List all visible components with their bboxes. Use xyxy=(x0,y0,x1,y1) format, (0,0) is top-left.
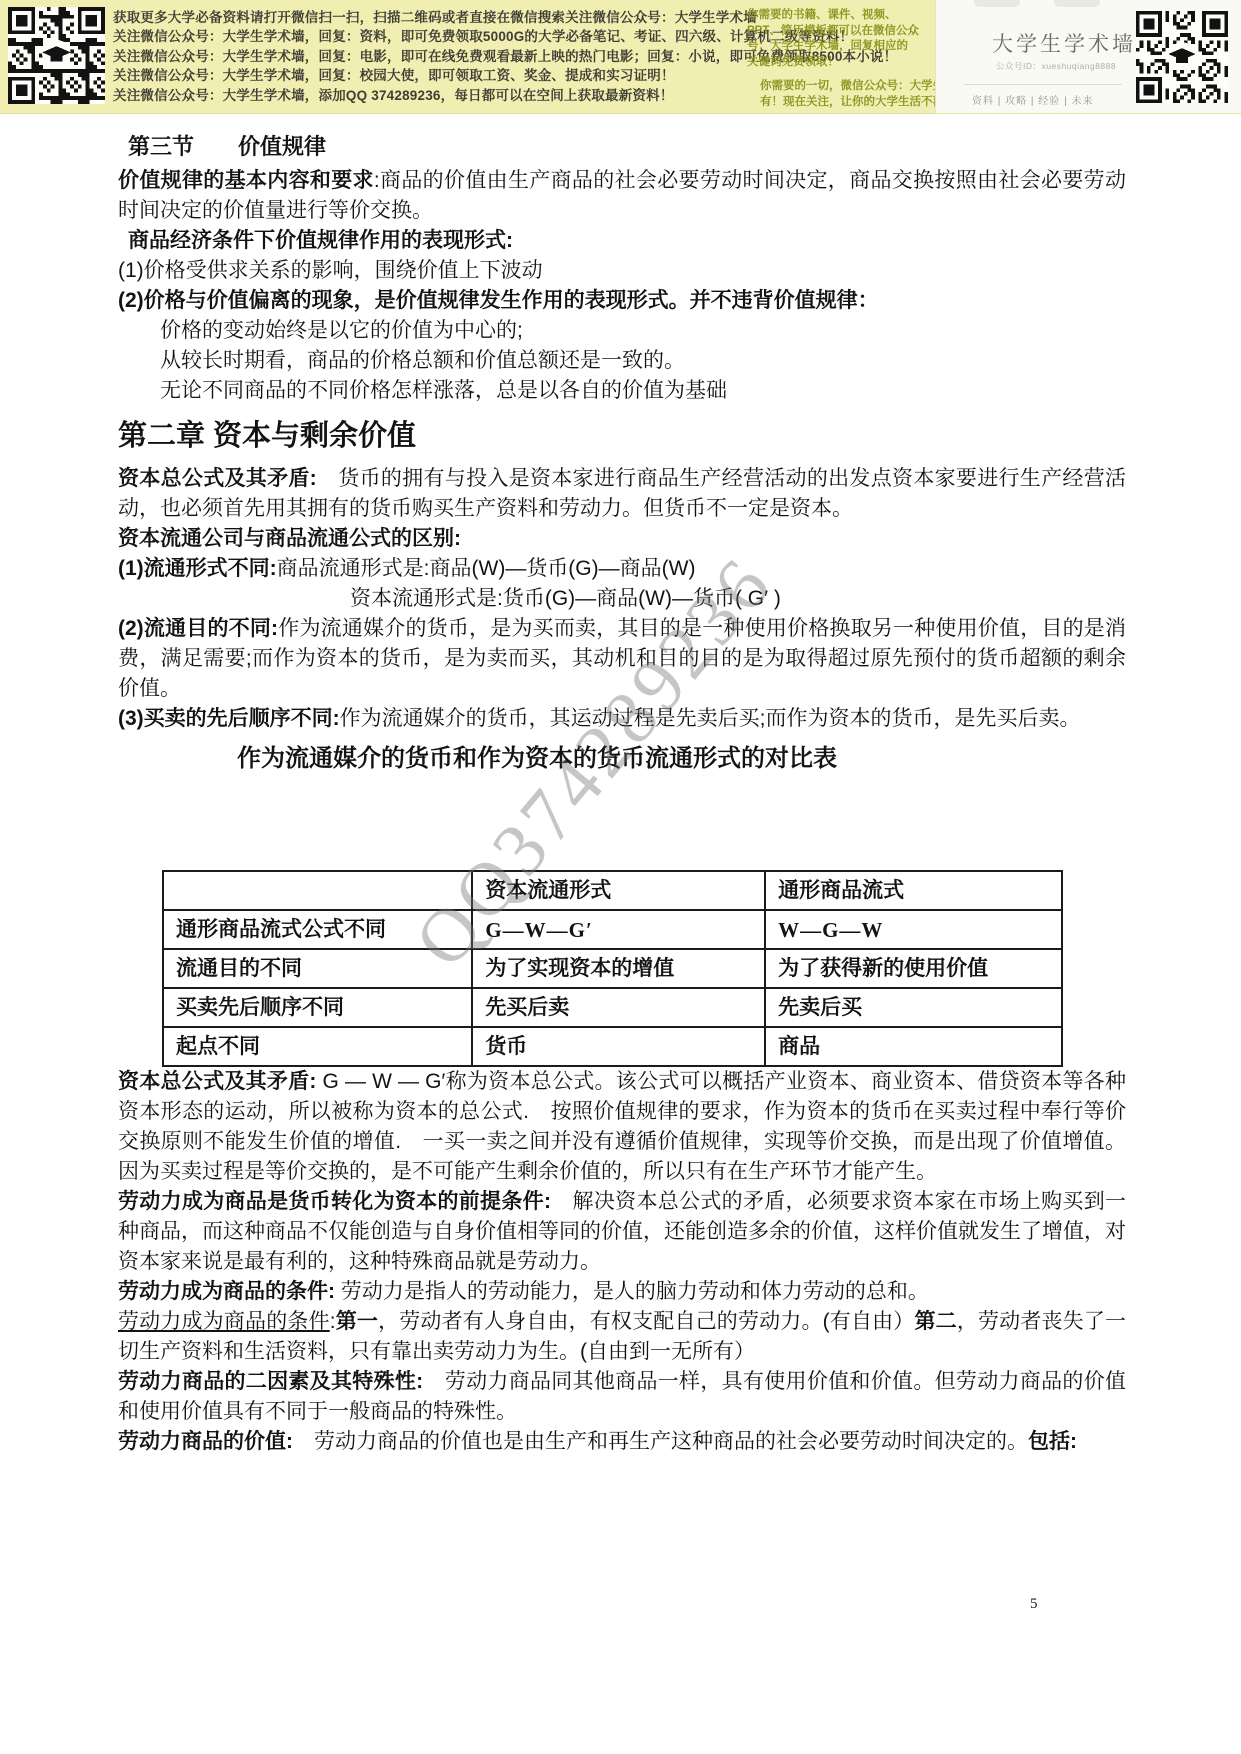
banner-text-block: 获取更多大学必备资料请打开微信扫一扫，扫描二维码或者直接在微信搜索关注微信公众号… xyxy=(113,8,758,105)
table-cell: 买卖先后顺序不同 xyxy=(163,988,472,1027)
card-tab xyxy=(974,0,1020,7)
doc-paragraph: 资本流通公司与商品流通公式的区别: xyxy=(118,524,1126,554)
text-run: 作为流通媒介的货币和作为资本的货币流通形式的对比表 xyxy=(237,745,837,772)
text-run: (1)流通形式不同: xyxy=(118,557,277,580)
table-row: 起点不同货币商品 xyxy=(163,1027,1062,1066)
text-run: 资本流通公司与商品流通公式的区别: xyxy=(118,527,461,550)
text-run: 商品经济条件下价值规律作用的表现形式: xyxy=(128,229,513,252)
text-run: 资本总公式及其矛盾: xyxy=(118,467,317,490)
qr-code-icon xyxy=(1136,11,1228,103)
doc-paragraph: 资本流通形式是:货币(G)—商品(W)—货币( G′ ) xyxy=(118,584,1126,614)
text-run: (3)买卖的先后顺序不同: xyxy=(118,707,340,730)
table-cell: 先卖后买 xyxy=(765,988,1062,1027)
banner-line: 关注微信公众号：大学生学术墙，回复：校园大使，即可领取工资、奖金、提成和实习证明… xyxy=(113,66,758,85)
banner-middle-note: 你需要的书籍、课件、视频、PPT、简历模板都可以在微信公众号：大学生学术墙，回复… xyxy=(747,8,919,70)
text-run: 价值规律的基本内容和要求 xyxy=(118,169,374,192)
text-run: 第三节 价值规律 xyxy=(128,134,326,159)
text-run: 第一 xyxy=(336,1310,379,1333)
text-run: 资本总公式及其矛盾: xyxy=(118,1070,316,1093)
text-run: (2)价格与价值偏离的现象，是价值规律发生作用的表现形式。并不违背价值规律： xyxy=(118,289,879,312)
doc-paragraph: 商品经济条件下价值规律作用的表现形式: xyxy=(118,226,1126,256)
doc-paragraph: (1)价格受供求关系的影响，围绕价值上下波动 xyxy=(118,256,1126,286)
doc-paragraph: 劳动力商品的二因素及其特殊性: 劳动力商品同其他商品一样，具有使用价值和价值。但… xyxy=(118,1367,1126,1427)
doc-paragraph: (2)价格与价值偏离的现象，是价值规律发生作用的表现形式。并不违背价值规律： xyxy=(118,286,1126,316)
doc-paragraph: 价值规律的基本内容和要求:商品的价值由生产商品的社会必要劳动时间决定，商品交换按… xyxy=(118,166,1126,226)
table-caption: 作为流通媒介的货币和作为资本的货币流通形式的对比表 xyxy=(118,744,1126,774)
text-run: (1)价格受供求关系的影响，围绕价值上下波动 xyxy=(118,259,543,282)
text-run: 包括: xyxy=(1028,1430,1077,1453)
doc-paragraph: 资本总公式及其矛盾: G — W — G′称为资本总公式。该公式可以概括产业资本… xyxy=(118,1067,1126,1187)
text-run: 劳动力成为商品的条件 xyxy=(118,1310,330,1333)
section-heading: 第三节 价值规律 xyxy=(118,131,1126,163)
table-row: 买卖先后顺序不同先买后卖先卖后买 xyxy=(163,988,1062,1027)
doc-paragraph: 劳动力成为商品是货币转化为资本的前提条件: 解决资本总公式的矛盾，必须要求资本家… xyxy=(118,1187,1126,1277)
table-row: 流通目的不同为了实现资本的增值为了获得新的使用价值 xyxy=(163,949,1062,988)
doc-paragraph: (3)买卖的先后顺序不同:作为流通媒介的货币，其运动过程是先卖后买;而作为资本的… xyxy=(118,704,1126,734)
promo-banner: 获取更多大学必备资料请打开微信扫一扫，扫描二维码或者直接在微信搜索关注微信公众号… xyxy=(0,0,1241,114)
text-run: 商品流通形式是:商品(W)—货币(G)—商品(W) xyxy=(277,557,696,580)
table-cell: 先买后卖 xyxy=(472,988,765,1027)
card-tab xyxy=(1054,0,1100,7)
account-title: 大学生学术墙 xyxy=(992,28,1136,58)
table-header-cell xyxy=(163,871,472,910)
doc-paragraph: 劳动力成为商品的条件:第一，劳动者有人身自由，有权支配自己的劳动力。(有自由）第… xyxy=(118,1307,1126,1367)
table-cell: 流通目的不同 xyxy=(163,949,472,988)
text-run: 劳动力商品的价值: xyxy=(118,1430,293,1453)
table-row: 通形商品流式公式不同G—W—G′W—G—W xyxy=(163,910,1062,949)
divider xyxy=(964,84,1122,85)
account-tags: 资料 | 攻略 | 经验 | 未来 xyxy=(972,92,1093,107)
text-run: ，劳动者有人身自由，有权支配自己的劳动力。(有自由） xyxy=(378,1310,914,1333)
text-run: 无论不同商品的不同价格怎样涨落，总是以各自的价值为基础 xyxy=(160,379,727,402)
text-run: (2)流通目的不同: xyxy=(118,617,278,640)
qr-code-icon xyxy=(8,7,105,104)
chapter-heading: 第二章 资本与剩余价值 xyxy=(118,416,1126,456)
text-run: 从较长时期看，商品的价格总额和价值总额还是一致的。 xyxy=(160,349,685,372)
page-number: 5 xyxy=(1030,1596,1038,1613)
doc-paragraph: 无论不同商品的不同价格怎样涨落，总是以各自的价值为基础 xyxy=(118,376,1126,406)
text-run: 作为流通媒介的货币，其运动过程是先卖后买;而作为资本的货币，是先买后卖。 xyxy=(340,707,1081,730)
banner-line: 关注微信公众号：大学生学术墙，回复：电影，即可在线免费观看最新上映的热门电影；回… xyxy=(113,47,758,66)
table-cell: 为了实现资本的增值 xyxy=(472,949,765,988)
doc-paragraph: (1)流通形式不同:商品流通形式是:商品(W)—货币(G)—商品(W) xyxy=(118,554,1126,584)
table-cell: 商品 xyxy=(765,1027,1062,1066)
text-run: 劳动力商品的二因素及其特殊性: xyxy=(118,1370,423,1393)
table-header-cell: 资本流通形式 xyxy=(472,871,765,910)
table-cell: W—G—W xyxy=(765,910,1062,949)
wechat-account-card: 大学生学术墙 公众号ID：xueshuqiang8888 资料 | 攻略 | 经… xyxy=(936,0,1241,113)
table-cell: G—W—G′ xyxy=(472,910,765,949)
text-run: 劳动力成为商品是货币转化为资本的前提条件: xyxy=(118,1190,551,1213)
text-run: 价格的变动始终是以它的价值为中心的; xyxy=(160,319,523,342)
qr-code-left-icon xyxy=(8,7,105,104)
table-cell: 货币 xyxy=(472,1027,765,1066)
text-run: 第二章 资本与剩余价值 xyxy=(118,420,416,452)
doc-paragraph: 劳动力成为商品的条件: 劳动力是指人的劳动能力，是人的脑力劳动和体力劳动的总和。 xyxy=(118,1277,1126,1307)
document-body: 第三节 价值规律价值规律的基本内容和要求:商品的价值由生产商品的社会必要劳动时间… xyxy=(118,131,1126,1457)
doc-paragraph: 价格的变动始终是以它的价值为中心的; xyxy=(118,316,1126,346)
text-run: 劳动力是指人的劳动能力，是人的脑力劳动和体力劳动的总和。 xyxy=(335,1280,929,1303)
banner-line: 获取更多大学必备资料请打开微信扫一扫，扫描二维码或者直接在微信搜索关注微信公众号… xyxy=(113,8,758,27)
banner-line: 关注微信公众号：大学生学术墙，添加QQ 374289236，每日都可以在空间上获… xyxy=(113,86,758,105)
text-run: 劳动力商品的价值也是由生产和再生产这种商品的社会必要劳动时间决定的。 xyxy=(293,1430,1028,1453)
comparison-table: 资本流通形式通形商品流式通形商品流式公式不同G—W—G′W—G—W流通目的不同为… xyxy=(162,870,1063,1067)
text-run: 第二 xyxy=(914,1310,956,1333)
banner-line: 关注微信公众号：大学生学术墙，回复：资料，即可免费领取5000G的大学必备笔记、… xyxy=(113,27,758,46)
text-run: 劳动力成为商品的条件: xyxy=(118,1280,335,1303)
doc-paragraph: 资本总公式及其矛盾: 货币的拥有与投入是资本家进行商品生产经营活动的出发点资本家… xyxy=(118,464,1126,524)
doc-paragraph: (2)流通目的不同:作为流通媒介的货币，是为买而卖，其目的是一种使用价格换取另一… xyxy=(118,614,1126,704)
table-cell: 起点不同 xyxy=(163,1027,472,1066)
table-header-cell: 通形商品流式 xyxy=(765,871,1062,910)
table-cell: 通形商品流式公式不同 xyxy=(163,910,472,949)
doc-paragraph: 劳动力商品的价值: 劳动力商品的价值也是由生产和再生产这种商品的社会必要劳动时间… xyxy=(118,1427,1126,1457)
table-header-row: 资本流通形式通形商品流式 xyxy=(163,871,1062,910)
text-run: 资本流通形式是:货币(G)—商品(W)—货币( G′ ) xyxy=(350,587,781,610)
doc-paragraph: 从较长时期看，商品的价格总额和价值总额还是一致的。 xyxy=(118,346,1126,376)
table-cell: 为了获得新的使用价值 xyxy=(765,949,1062,988)
qr-code-right-icon xyxy=(1136,11,1228,103)
account-id: 公众号ID：xueshuqiang8888 xyxy=(996,60,1116,72)
